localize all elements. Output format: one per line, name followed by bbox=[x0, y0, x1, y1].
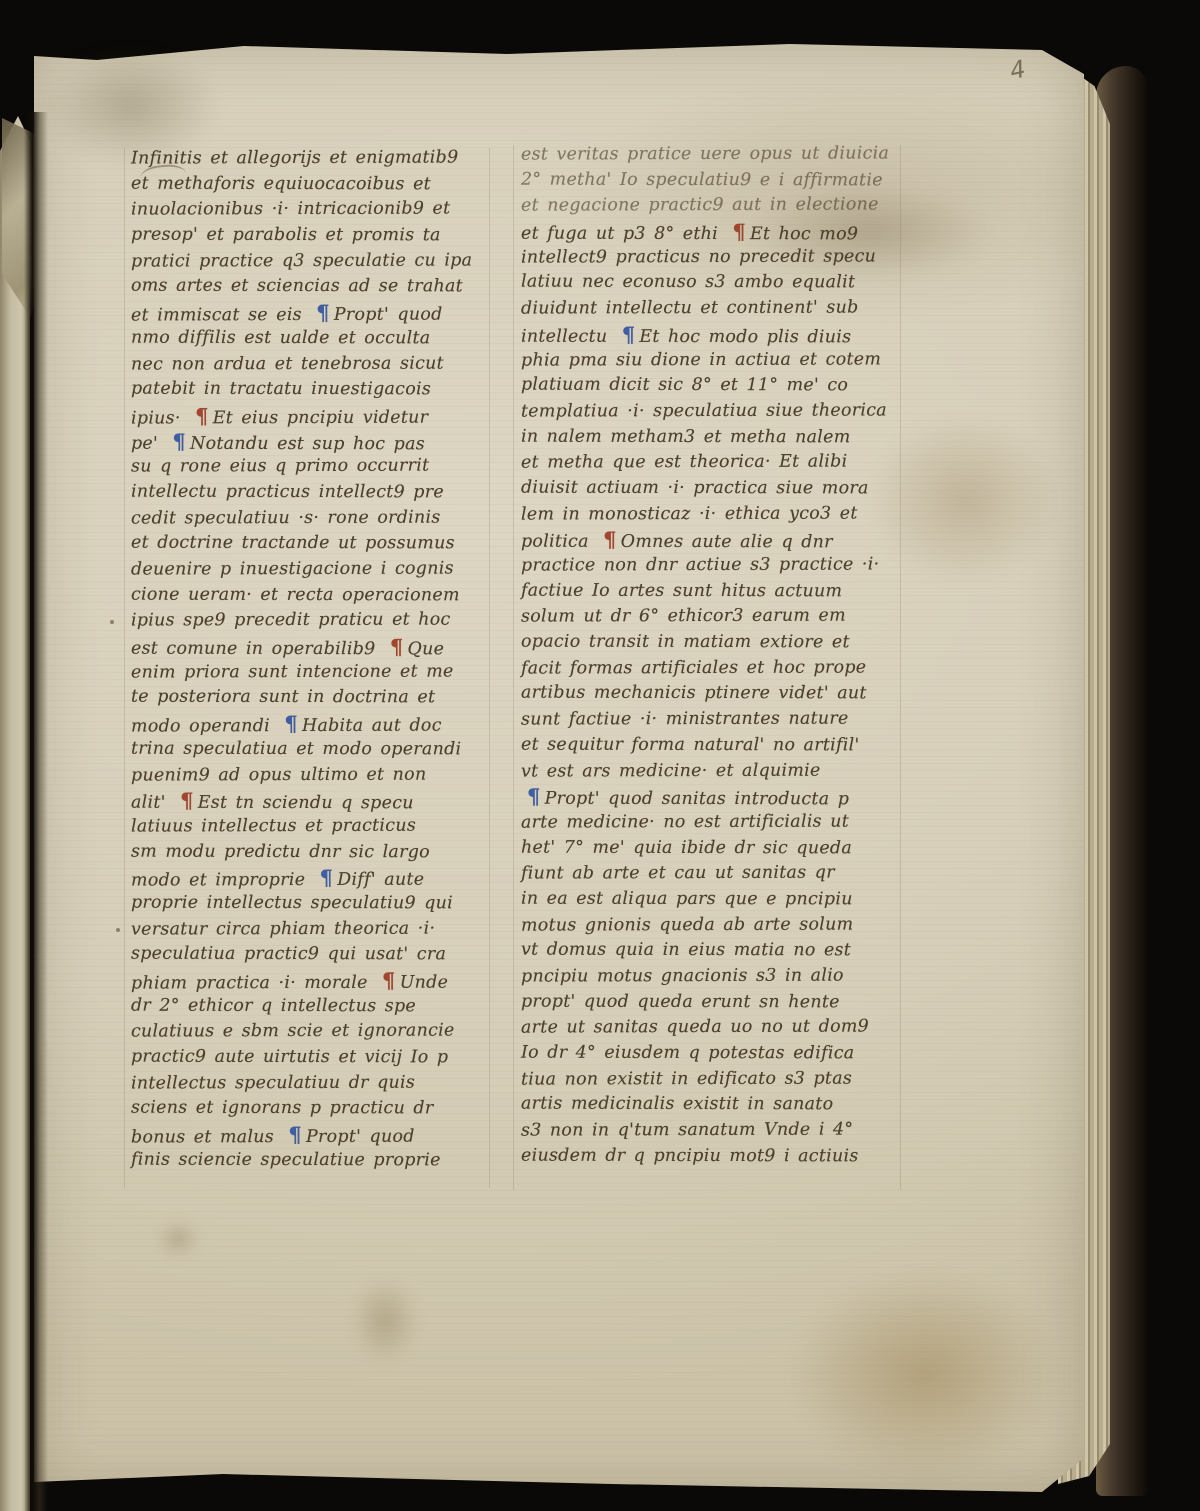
text-line: et fuga ut p3 8° ethi ¶Et hoc mo9 bbox=[521, 219, 889, 245]
text-line: te posteriora sunt in doctrina et bbox=[131, 685, 472, 711]
pilcrow-mark: ¶ bbox=[726, 219, 750, 244]
text-line: et immiscat se eis ¶Propt' quod bbox=[131, 300, 472, 327]
text-line: phia pma siu dione in actiua et cotem bbox=[521, 347, 889, 374]
text-line: practic9 aute uirtutis et vicij Io p bbox=[131, 1045, 472, 1071]
text-line: latiuus intellectus et practicus bbox=[131, 813, 472, 840]
pilcrow-mark: ¶ bbox=[616, 322, 640, 347]
text-line: patebit in tractatu inuestigacois bbox=[131, 377, 472, 403]
text-line: cione ueram· et recta operacionem bbox=[131, 582, 472, 608]
text-line: intellectu practicus intellect9 pre bbox=[131, 480, 472, 506]
text-line: versatur circa phiam theorica ·i· bbox=[131, 916, 472, 943]
text-line: Io dr 4° eiusdem q potestas edifica bbox=[521, 1041, 889, 1067]
margin-dot bbox=[110, 620, 114, 624]
text-line: tiua non existit in edificato s3 ptas bbox=[521, 1066, 889, 1093]
text-line: sm modu predictu dnr sic largo bbox=[131, 839, 472, 865]
text-line: modo et improprie ¶Diff' aute bbox=[131, 865, 472, 892]
ruling-line bbox=[900, 145, 901, 1190]
text-line: lem in monosticaz ·i· ethica yco3 et bbox=[521, 501, 889, 528]
text-line: et sequitur forma natural' no artifil' bbox=[521, 732, 889, 758]
text-line: su q rone eius q primo occurrit bbox=[131, 454, 472, 481]
pilcrow-mark: ¶ bbox=[310, 300, 334, 325]
text-line: modo operandi ¶Habita aut doc bbox=[131, 711, 472, 738]
pilcrow-mark: ¶ bbox=[521, 784, 545, 809]
text-line: presop' et parabolis et promis ta bbox=[131, 223, 472, 249]
pilcrow-mark: ¶ bbox=[597, 527, 621, 552]
text-line: vt domus quia in eius matia no est bbox=[521, 938, 889, 964]
gutter-shadow bbox=[24, 112, 48, 1511]
text-line: dr 2° ethicor q intellectus spe bbox=[131, 993, 472, 1019]
text-line: alit' ¶Est tn sciendu q specu bbox=[131, 788, 472, 814]
text-line: intellectus speculatiuu dr quis bbox=[131, 1070, 472, 1097]
text-line: sciens et ignorans p practicu dr bbox=[131, 1096, 472, 1122]
text-line: et methaforis equiuocacoibus et bbox=[131, 171, 472, 197]
text-line: templatiua ·i· speculatiua siue theorica bbox=[521, 398, 889, 425]
text-line: nmo diffilis est ualde et occulta bbox=[131, 325, 472, 351]
text-line: et negacione practic9 aut in electione bbox=[521, 193, 889, 220]
text-line: intellect9 practicus no precedit specu bbox=[521, 244, 889, 271]
text-line: et metha que est theorica· Et alibi bbox=[521, 450, 889, 477]
pilcrow-mark: ¶ bbox=[376, 968, 400, 993]
text-line: Infinitis et allegorijs et enigmatib9 bbox=[131, 145, 472, 172]
text-line: speculatiua practic9 qui usat' cra bbox=[131, 942, 472, 968]
text-line: ipius· ¶Et eius pncipiu videtur bbox=[131, 402, 472, 429]
text-line: proprie intellectus speculatiu9 qui bbox=[131, 891, 472, 917]
text-line: motus gnionis queda ab arte solum bbox=[521, 912, 889, 939]
pilcrow-mark: ¶ bbox=[174, 788, 198, 813]
text-column-right: est veritas pratice uere opus ut diuicia… bbox=[521, 142, 889, 1170]
text-line: arte ut sanitas queda uo no ut dom9 bbox=[521, 1015, 889, 1042]
text-line: phiam practica ·i· morale ¶Unde bbox=[131, 967, 472, 994]
text-line: vt est ars medicine· et alquimie bbox=[521, 758, 889, 785]
ruling-line bbox=[513, 145, 514, 1190]
text-line: diuisit actiuam ·i· practica siue mora bbox=[521, 476, 889, 502]
text-line: pncipiu motus gnacionis s3 in alio bbox=[521, 963, 889, 990]
pilcrow-mark: ¶ bbox=[384, 634, 408, 659]
text-line: fiunt ab arte et cau ut sanitas qr bbox=[521, 861, 889, 888]
text-line: facit formas artificiales et hoc prope bbox=[521, 655, 889, 682]
text-line: intellectu ¶Et hoc modo plis diuis bbox=[521, 321, 889, 347]
text-line: trina speculatiua et modo operandi bbox=[131, 736, 472, 762]
text-line: het' 7° me' quia ibide dr sic queda bbox=[521, 835, 889, 861]
text-line: in nalem metham3 et metha nalem bbox=[521, 424, 889, 450]
text-line: solum ut dr 6° ethicor3 earum em bbox=[521, 604, 889, 631]
text-line: diuidunt intellectu et continent' sub bbox=[521, 296, 889, 323]
text-line: ipius spe9 precedit praticu et hoc bbox=[131, 608, 472, 635]
text-line: latiuu nec econuso s3 ambo equalit bbox=[521, 270, 889, 296]
text-line: artibus mechanicis ptinere videt' aut bbox=[521, 681, 889, 707]
pilcrow-mark: ¶ bbox=[278, 711, 302, 736]
text-line: est comune in operabilib9 ¶Que bbox=[131, 634, 472, 660]
ruling-line bbox=[489, 148, 490, 1188]
pilcrow-mark: ¶ bbox=[166, 428, 190, 453]
text-line: in ea est aliqua pars que e pncipiu bbox=[521, 887, 889, 913]
text-line: et doctrine tractande ut possumus bbox=[131, 531, 472, 557]
text-line: cedit speculatiuu ·s· rone ordinis bbox=[131, 505, 472, 532]
text-line: pe' ¶Notandu est sup hoc pas bbox=[131, 428, 472, 454]
text-line: platiuam dicit sic 8° et 11° me' co bbox=[521, 373, 889, 399]
text-line: opacio transit in matiam extiore et bbox=[521, 630, 889, 656]
text-line: propt' quod queda erunt sn hente bbox=[521, 989, 889, 1015]
text-line: est veritas pratice uere opus ut diuicia bbox=[521, 141, 889, 168]
ruling-line bbox=[124, 148, 125, 1188]
text-line: politica ¶Omnes aute alie q dnr bbox=[521, 527, 889, 553]
pilcrow-mark: ¶ bbox=[314, 865, 338, 890]
pilcrow-mark: ¶ bbox=[189, 403, 213, 428]
text-line: s3 non in q'tum sanatum Vnde i 4° bbox=[521, 1118, 889, 1145]
margin-dot bbox=[116, 928, 120, 932]
text-line: 2° metha' Io speculatiu9 e i affirmatie bbox=[521, 167, 889, 193]
text-line: deuenire p inuestigacione i cognis bbox=[131, 556, 472, 583]
text-column-left: Infinitis et allegorijs et enigmatib9et … bbox=[131, 146, 472, 1174]
text-line: finis sciencie speculatiue proprie bbox=[131, 1147, 472, 1173]
text-line: factiue Io artes sunt hitus actuum bbox=[521, 578, 889, 604]
text-line: oms artes et sciencias ad se trahat bbox=[131, 274, 472, 300]
text-line: pratici practice q3 speculatie cu ipa bbox=[131, 248, 472, 275]
text-line: arte medicine· no est artificialis ut bbox=[521, 809, 889, 836]
text-line: enim priora sunt intencione et me bbox=[131, 659, 472, 686]
text-line: inuolacionibus ·i· intricacionib9 et bbox=[131, 197, 472, 224]
pilcrow-mark: ¶ bbox=[282, 1122, 306, 1147]
text-line: culatiuus e sbm scie et ignorancie bbox=[131, 1019, 472, 1046]
text-line: nec non ardua et tenebrosa sicut bbox=[131, 351, 472, 378]
text-line: sunt factiue ·i· ministrantes nature bbox=[521, 707, 889, 734]
text-line: ¶Propt' quod sanitas introducta p bbox=[521, 784, 889, 810]
text-line: artis medicinalis existit in sanato bbox=[521, 1092, 889, 1118]
text-line: puenim9 ad opus ultimo et non bbox=[131, 762, 472, 789]
text-line: eiusdem dr q pncipiu mot9 i actiuis bbox=[521, 1143, 889, 1169]
manuscript-photo: 4 Infinitis et allegorijs et enigmatib9e… bbox=[0, 0, 1200, 1511]
text-line: practice non dnr actiue s3 practice ·i· bbox=[521, 552, 889, 579]
text-line: bonus et malus ¶Propt' quod bbox=[131, 1122, 472, 1149]
